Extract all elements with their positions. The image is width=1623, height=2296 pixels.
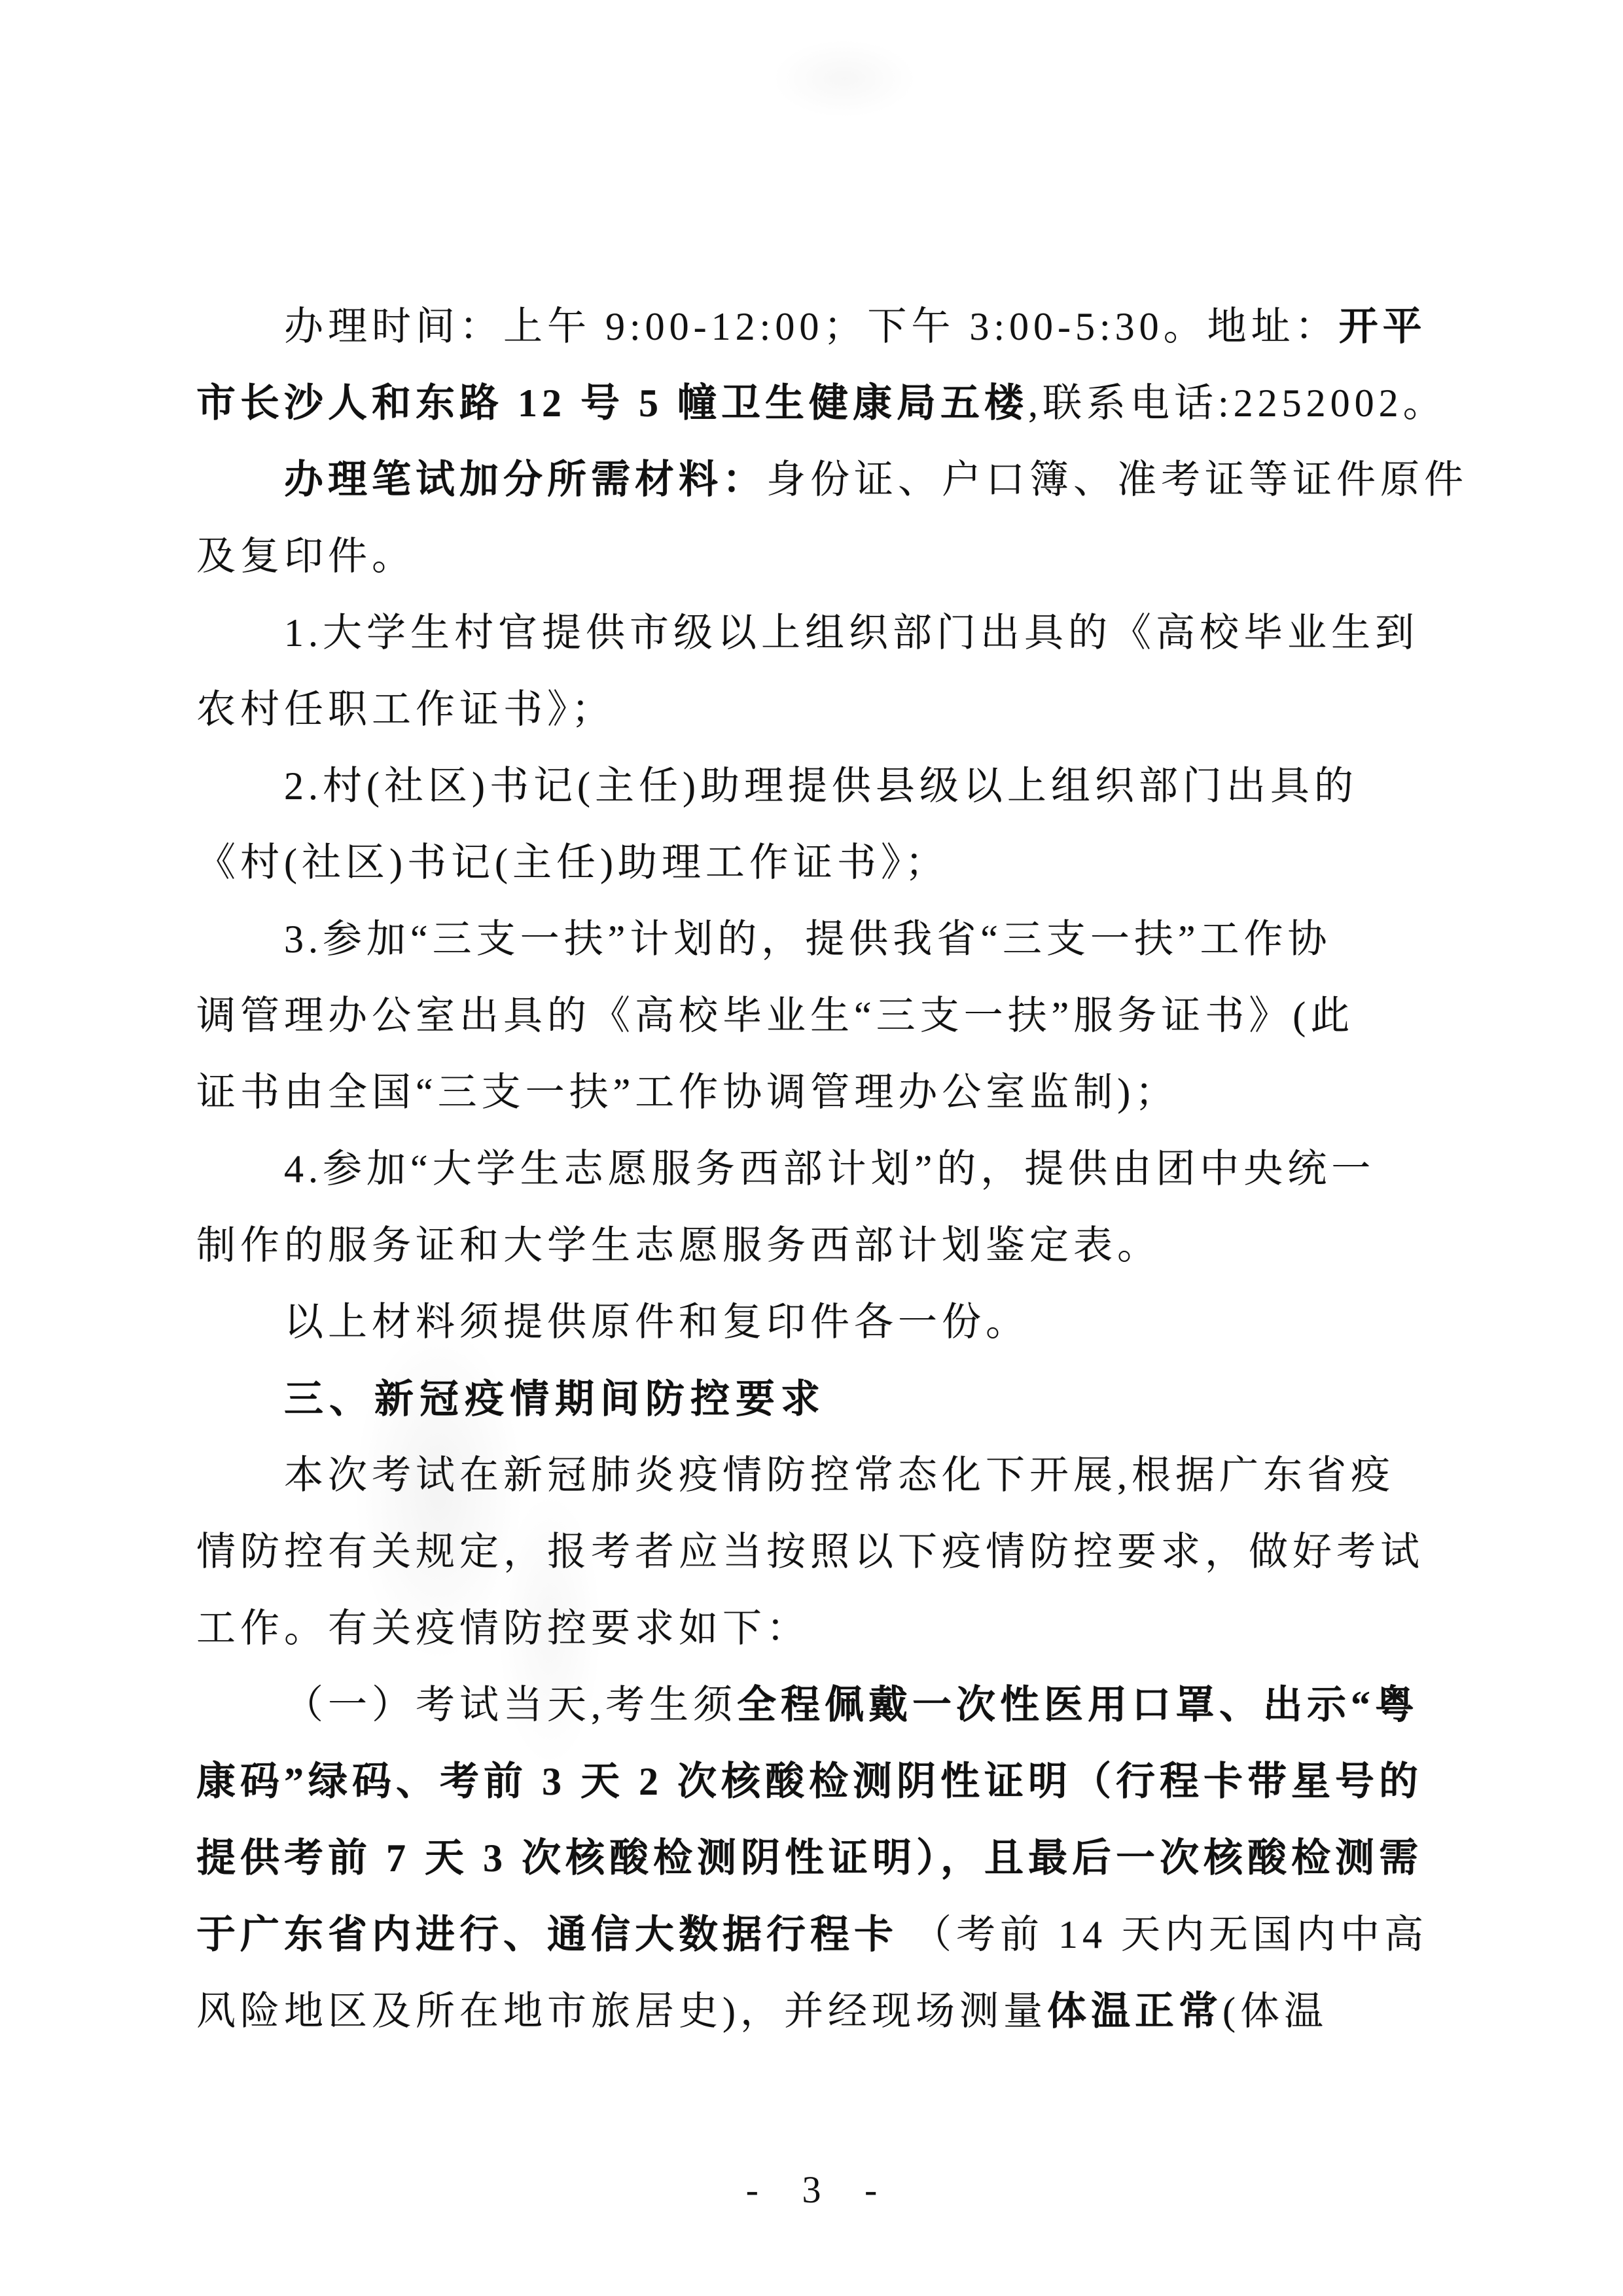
text-segment: 调管理办公室出具的《高校毕业生“三支一扶”服务证书》(此: [196, 994, 1354, 1037]
text-line-15: 三、新冠疫情期间防控要求: [196, 1361, 1429, 1437]
text-segment: 以上材料须提供原件和复印件各一份。: [284, 1300, 1029, 1344]
text-line-19: （一）考试当天,考生须全程佩戴一次性医用口罩、出示“粤: [196, 1667, 1429, 1744]
text-segment: 农村任职工作证书》；: [196, 688, 615, 731]
text-line-16: 本次考试在新冠肺炎疫情防控常态化下开展,根据广东省疫: [196, 1437, 1429, 1514]
text-segment: 1.大学生村官提供市级以上组织部门出具的《高校毕业生到: [284, 611, 1419, 655]
text-segment: （考前 14 天内无国内中高: [912, 1913, 1428, 1956]
text-segment: 康码”绿码、考前 3 天 2 次核酸检测阴性证明（行程卡带星号的: [196, 1760, 1423, 1803]
text-segment: 3.参加“三支一扶”计划的，提供我省“三支一扶”工作协: [284, 918, 1332, 961]
text-line-3: 办理笔试加分所需材料：身份证、户口簿、准考证等证件原件: [196, 442, 1429, 518]
text-line-8: 《村(社区)书记(主任)助理工作证书》；: [196, 825, 1429, 901]
page-number: - 3 -: [0, 2168, 1623, 2212]
text-line-2: 市长沙人和东路 12 号 5 幢卫生健康局五楼,联系电话:2252002。: [196, 365, 1429, 442]
text-segment: 证书由全国“三支一扶”工作协调管理办公室监制)；: [196, 1071, 1179, 1114]
document-body: 办理时间：上午 9:00-12:00；下午 3:00-5:30。地址：开平市长沙…: [196, 289, 1429, 2050]
text-segment: 制作的服务证和大学生志愿服务西部计划鉴定表。: [196, 1224, 1161, 1267]
text-line-20: 康码”绿码、考前 3 天 2 次核酸检测阴性证明（行程卡带星号的: [196, 1744, 1429, 1820]
text-line-21: 提供考前 7 天 3 次核酸检测阴性证明），且最后一次核酸检测需: [196, 1820, 1429, 1897]
text-segment: 工作。有关疫情防控要求如下：: [196, 1607, 810, 1650]
text-segment: 本次考试在新冠肺炎疫情防控常态化下开展,根据广东省疫: [284, 1454, 1395, 1497]
text-line-13: 制作的服务证和大学生志愿服务西部计划鉴定表。: [196, 1208, 1429, 1284]
text-segment: 《村(社区)书记(主任)助理工作证书》；: [196, 841, 949, 884]
text-line-14: 以上材料须提供原件和复印件各一份。: [196, 1284, 1429, 1361]
text-line-22: 于广东省内进行、通信大数据行程卡 （考前 14 天内无国内中高: [196, 1897, 1429, 1973]
text-segment: 情防控有关规定，报考者应当按照以下疫情防控要求，做好考试: [196, 1530, 1424, 1573]
scan-smudge: [772, 39, 916, 118]
text-segment: 4.参加“大学生志愿服务西部计划”的，提供由团中央统一: [284, 1147, 1375, 1191]
text-line-18: 工作。有关疫情防控要求如下：: [196, 1590, 1429, 1667]
text-line-1: 办理时间：上午 9:00-12:00；下午 3:00-5:30。地址：开平: [196, 289, 1429, 365]
text-segment: (体温: [1222, 1990, 1328, 2033]
text-segment: 办理笔试加分所需材料：: [284, 458, 766, 501]
text-line-23: 风险地区及所在地市旅居史)，并经现场测量体温正常(体温: [196, 1973, 1429, 2050]
text-segment: 提供考前 7 天 3 次核酸检测阴性证明），且最后一次核酸检测需: [196, 1837, 1423, 1880]
text-segment: 风险地区及所在地市旅居史)，并经现场测量: [196, 1990, 1047, 2033]
text-segment: 身份证、户口簿、准考证等证件原件: [766, 458, 1468, 501]
text-line-6: 农村任职工作证书》；: [196, 672, 1429, 748]
text-line-7: 2.村(社区)书记(主任)助理提供县级以上组织部门出具的: [196, 748, 1429, 825]
text-segment: 三、新冠疫情期间防控要求: [284, 1377, 826, 1421]
text-line-11: 证书由全国“三支一扶”工作协调管理办公室监制)；: [196, 1054, 1429, 1131]
text-segment: 办理时间：上午 9:00-12:00；下午 3:00-5:30。地址：: [284, 305, 1339, 348]
text-line-4: 及复印件。: [196, 518, 1429, 595]
text-segment: 全程佩戴一次性医用口罩、出示“粤: [737, 1683, 1419, 1727]
text-segment: 于广东省内进行、通信大数据行程卡: [196, 1913, 912, 1956]
text-segment: 及复印件。: [196, 535, 416, 578]
text-line-10: 调管理办公室出具的《高校毕业生“三支一扶”服务证书》(此: [196, 978, 1429, 1054]
text-segment: ,联系电话:2252002。: [1028, 382, 1447, 425]
text-line-5: 1.大学生村官提供市级以上组织部门出具的《高校毕业生到: [196, 595, 1429, 672]
text-segment: 市长沙人和东路 12 号 5 幢卫生健康局五楼: [196, 382, 1028, 425]
document-page: 办理时间：上午 9:00-12:00；下午 3:00-5:30。地址：开平市长沙…: [0, 0, 1623, 2296]
text-segment: 开平: [1339, 305, 1427, 348]
text-line-12: 4.参加“大学生志愿服务西部计划”的，提供由团中央统一: [196, 1131, 1429, 1208]
text-segment: 2.村(社区)书记(主任)助理提供县级以上组织部门出具的: [284, 764, 1358, 808]
text-line-9: 3.参加“三支一扶”计划的，提供我省“三支一扶”工作协: [196, 901, 1429, 978]
text-segment: （一）考试当天,考生须: [284, 1683, 737, 1727]
text-segment: 体温正常: [1047, 1990, 1222, 2033]
text-line-17: 情防控有关规定，报考者应当按照以下疫情防控要求，做好考试: [196, 1514, 1429, 1590]
